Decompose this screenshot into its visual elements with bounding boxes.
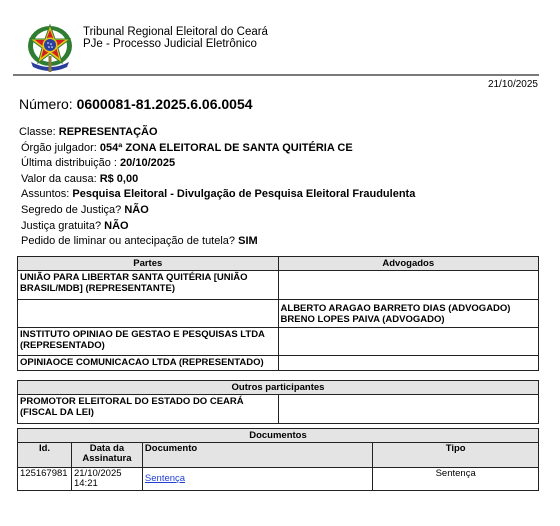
info-label: Pedido de liminar ou antecipação de tute… bbox=[21, 235, 235, 247]
info-value: NÃO bbox=[104, 220, 128, 232]
column-header-documento: Documento bbox=[142, 443, 372, 468]
info-label: Última distribuição : bbox=[21, 157, 117, 169]
system-name: PJe - Processo Judicial Eletrônico bbox=[83, 38, 268, 50]
process-number-value: 0600081-81.2025.6.06.0054 bbox=[77, 96, 253, 112]
info-label: Órgão julgador: bbox=[21, 142, 97, 154]
info-label: Justiça gratuita? bbox=[21, 220, 101, 232]
table-row: 125167981 21/10/2025 14:21 Sentença Sent… bbox=[18, 468, 539, 491]
info-segredo: Segredo de Justiça? NÃO bbox=[19, 203, 415, 219]
partes-table: Partes Advogados UNIÃO PARA LIBERTAR SAN… bbox=[17, 256, 539, 371]
info-value: R$ 0,00 bbox=[100, 173, 139, 185]
info-value: 054ª ZONA ELEITORAL DE SANTA QUITÉRIA CE bbox=[100, 142, 353, 154]
info-assuntos: Assuntos: Pesquisa Eleitoral - Divulgaçã… bbox=[19, 187, 415, 203]
participante-extra-cell bbox=[278, 395, 538, 424]
table-row: INSTITUTO OPINIAO DE GESTAO E PESQUISAS … bbox=[18, 328, 539, 356]
process-number: Número: 0600081-81.2025.6.06.0054 bbox=[19, 96, 253, 112]
section-header-documentos: Documentos bbox=[18, 429, 539, 443]
section-header-outros: Outros participantes bbox=[18, 381, 539, 395]
doc-tipo-cell: Sentença bbox=[373, 468, 539, 491]
info-liminar: Pedido de liminar ou antecipação de tute… bbox=[19, 234, 415, 250]
process-info: Classe: REPRESENTAÇÃO Órgão julgador: 05… bbox=[19, 125, 415, 250]
info-label: Assuntos: bbox=[21, 188, 69, 200]
brazil-coat-of-arms-icon bbox=[25, 22, 75, 74]
table-row: PROMOTOR ELEITORAL DO ESTADO DO CEARÁ (F… bbox=[18, 395, 539, 424]
info-label: Classe: bbox=[19, 126, 56, 138]
info-distribuicao: Última distribuição : 20/10/2025 bbox=[19, 156, 415, 172]
info-label: Valor da causa: bbox=[21, 173, 97, 185]
table-row: OPINIAOCE COMUNICACAO LTDA (REPRESENTADO… bbox=[18, 356, 539, 371]
advogados-cell bbox=[278, 328, 538, 356]
parte-cell: INSTITUTO OPINIAO DE GESTAO E PESQUISAS … bbox=[18, 328, 279, 356]
document-date: 21/10/2025 bbox=[488, 79, 538, 90]
info-gratuita: Justiça gratuita? NÃO bbox=[19, 219, 415, 235]
process-number-label: Número: bbox=[19, 96, 73, 112]
participante-cell: PROMOTOR ELEITORAL DO ESTADO DO CEARÁ (F… bbox=[18, 395, 279, 424]
advogados-cell bbox=[278, 356, 538, 371]
info-value: SIM bbox=[238, 235, 258, 247]
info-value: NÃO bbox=[124, 204, 148, 216]
info-value: REPRESENTAÇÃO bbox=[59, 126, 158, 138]
info-classe: Classe: REPRESENTAÇÃO bbox=[19, 125, 415, 141]
doc-documento-cell: Sentença bbox=[142, 468, 372, 491]
column-header-tipo: Tipo bbox=[373, 443, 539, 468]
doc-id-cell: 125167981 bbox=[18, 468, 72, 491]
table-row: ALBERTO ARAGAO BARRETO DIAS (ADVOGADO) B… bbox=[18, 300, 539, 328]
info-value: 20/10/2025 bbox=[120, 157, 175, 169]
advogados-cell bbox=[278, 271, 538, 300]
header-divider bbox=[13, 74, 539, 76]
parte-cell: OPINIAOCE COMUNICACAO LTDA (REPRESENTADO… bbox=[18, 356, 279, 371]
documentos-table: Documentos Id. Data da Assinatura Docume… bbox=[17, 428, 539, 491]
info-label: Segredo de Justiça? bbox=[21, 204, 121, 216]
column-header-partes: Partes bbox=[18, 257, 279, 271]
doc-data-cell: 21/10/2025 14:21 bbox=[71, 468, 142, 491]
info-value: Pesquisa Eleitoral - Divulgação de Pesqu… bbox=[72, 188, 415, 200]
advogados-cell: ALBERTO ARAGAO BARRETO DIAS (ADVOGADO) B… bbox=[278, 300, 538, 328]
outros-participantes-table: Outros participantes PROMOTOR ELEITORAL … bbox=[17, 380, 539, 424]
info-orgao: Órgão julgador: 054ª ZONA ELEITORAL DE S… bbox=[19, 141, 415, 157]
parte-cell: UNIÃO PARA LIBERTAR SANTA QUITÉRIA [UNIÃ… bbox=[18, 271, 279, 300]
org-name: Tribunal Regional Eleitoral do Ceará bbox=[83, 26, 268, 38]
parte-cell bbox=[18, 300, 279, 328]
column-header-data: Data da Assinatura bbox=[71, 443, 142, 468]
table-row: UNIÃO PARA LIBERTAR SANTA QUITÉRIA [UNIÃ… bbox=[18, 271, 539, 300]
column-header-advogados: Advogados bbox=[278, 257, 538, 271]
info-valor: Valor da causa: R$ 0,00 bbox=[19, 172, 415, 188]
header-title: Tribunal Regional Eleitoral do Ceará PJe… bbox=[83, 26, 268, 50]
document-link[interactable]: Sentença bbox=[145, 473, 185, 484]
page-header: Tribunal Regional Eleitoral do Ceará PJe… bbox=[0, 0, 560, 80]
column-header-id: Id. bbox=[18, 443, 72, 468]
